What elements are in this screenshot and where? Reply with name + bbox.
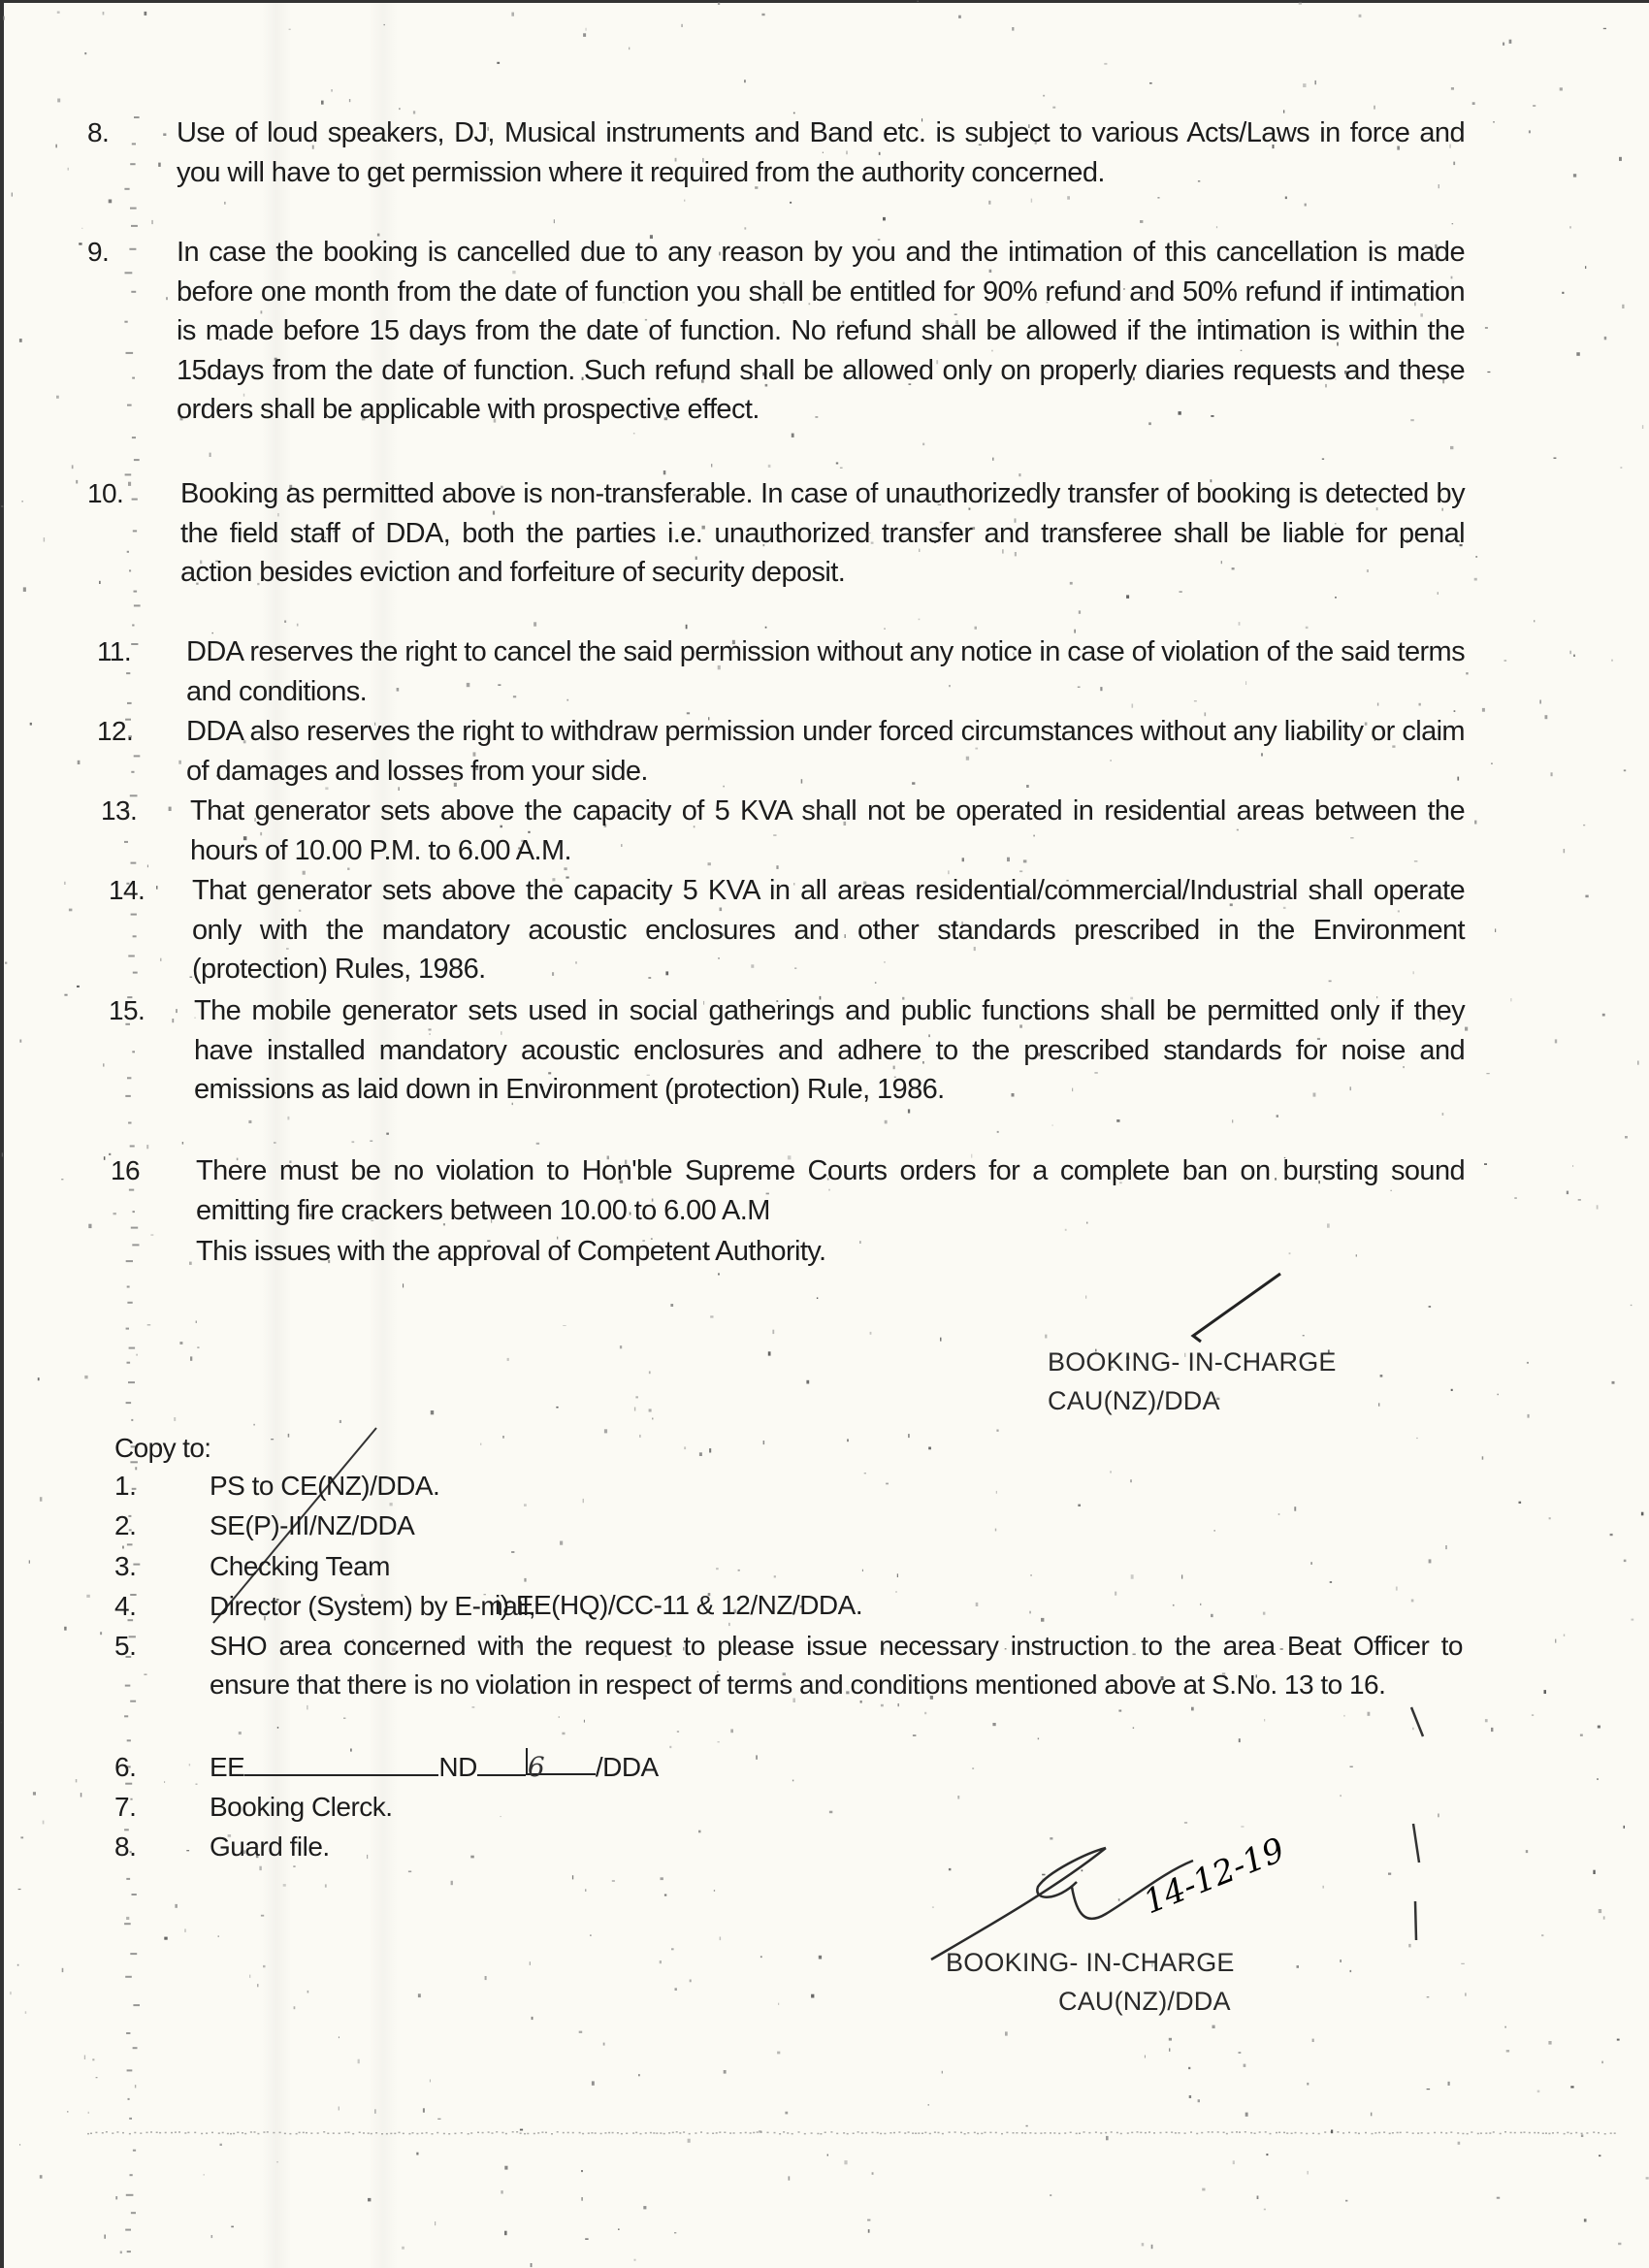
copy-item-text: PS to CE(NZ)/DDA. (210, 1467, 1472, 1506)
signature-date: 14-12-19 (1138, 1831, 1290, 1922)
copy-item-number: 6. (114, 1748, 153, 1787)
clause-text: That generator sets above the capacity o… (190, 792, 1465, 870)
copy-to-item-4: 4. Director (System) by E-mail, (114, 1587, 1472, 1626)
clause-text: There must be no violation to Hon'ble Su… (196, 1151, 1465, 1230)
signature-block-bottom: BOOKING- IN-CHARGE CAU(NZ)/DDA (946, 1943, 1235, 2021)
copy-item-text: Checking Team (210, 1547, 1472, 1586)
clause-text: Booking as permitted above is non-transf… (180, 474, 1465, 593)
clause-number: 15. (109, 991, 167, 1031)
clause-number: 11. (97, 632, 155, 672)
copy-to-item-6: 6. EEND6/DDA (114, 1748, 1472, 1787)
copy-item-text: Director (System) by E-mail, (210, 1587, 1472, 1626)
clause-8: 8. Use of loud speakers, DJ, Musical ins… (87, 113, 1465, 192)
staple-mark (1402, 1707, 1431, 1960)
nd-label: ND (438, 1752, 476, 1782)
clause-text: Use of loud speakers, DJ, Musical instru… (177, 113, 1465, 192)
clause-14: 14. That generator sets above the capaci… (87, 871, 1465, 989)
signatory-title: BOOKING- IN-CHARGE (946, 1943, 1235, 1982)
clause-text: That generator sets above the capacity 5… (192, 871, 1465, 989)
signatory-office: CAU(NZ)/DDA (1058, 1982, 1235, 2021)
clause-number: 14. (109, 871, 167, 911)
signatory-title: BOOKING- IN-CHARGE (1048, 1343, 1337, 1381)
clause-10: 10. Booking as permitted above is non-tr… (87, 474, 1465, 593)
clause-13: 13. That generator sets above the capaci… (87, 792, 1465, 870)
copy-item-number: 1. (114, 1467, 153, 1506)
clause-text: DDA also reserves the right to withdraw … (186, 712, 1465, 791)
approval-line: This issues with the approval of Compete… (196, 1232, 826, 1271)
clause-number: 9. (87, 233, 145, 273)
clause-15: 15. The mobile generator sets used in so… (87, 991, 1465, 1110)
handwritten-division-number: 6 (526, 1748, 596, 1775)
blank-line (244, 1749, 438, 1776)
copy-item-text: Booking Clerck. (210, 1788, 1472, 1827)
copy-item-number: 8. (114, 1828, 153, 1866)
blank-line (477, 1749, 526, 1776)
copy-item-number: 2. (114, 1507, 153, 1545)
clause-11: 11. DDA reserves the right to cancel the… (87, 632, 1465, 711)
scanned-page: 8. Use of loud speakers, DJ, Musical ins… (0, 0, 1649, 2268)
signature-tick-mark (1183, 1266, 1300, 1344)
copy-item-text: SHO area concerned with the request to p… (210, 1627, 1463, 1704)
copy-to-item-3: 3. Checking Team i) EE(HQ)/CC-11 & 12/NZ… (114, 1547, 1472, 1586)
signatory-office: CAU(NZ)/DDA (1048, 1381, 1337, 1420)
clause-number: 8. (87, 113, 145, 153)
copy-item-number: 7. (114, 1788, 153, 1827)
clause-9: 9. In case the booking is cancelled due … (87, 233, 1465, 430)
clause-text: DDA reserves the right to cancel the sai… (186, 632, 1465, 711)
clause-text: The mobile generator sets used in social… (194, 991, 1465, 1110)
signature-block-top: BOOKING- IN-CHARGE CAU(NZ)/DDA (1048, 1343, 1337, 1420)
ee-prefix: EE (210, 1752, 244, 1782)
copy-item-number: 4. (114, 1587, 153, 1626)
dda-suffix: /DDA (596, 1752, 659, 1782)
copy-item-number: 5. (114, 1627, 153, 1666)
copy-item-text: EEND6/DDA (210, 1748, 1472, 1787)
clause-number: 12. (97, 712, 155, 752)
copy-to-item-1: 1. PS to CE(NZ)/DDA. (114, 1467, 1472, 1506)
clause-text: In case the booking is cancelled due to … (177, 233, 1465, 430)
copy-item-number: 3. (114, 1547, 153, 1586)
clause-number: 13. (101, 792, 159, 831)
clause-16: 16 There must be no violation to Hon'ble… (87, 1151, 1465, 1230)
copy-to-item-7: 7. Booking Clerck. (114, 1788, 1472, 1827)
copy-to-item-2: 2. SE(P)-III/NZ/DDA (114, 1507, 1472, 1545)
clause-number: 10. (87, 474, 145, 514)
copy-to-item-5: 5. SHO area concerned with the request t… (114, 1627, 1463, 1704)
copy-item-text: SE(P)-III/NZ/DDA (210, 1507, 1472, 1545)
clause-12: 12. DDA also reserves the right to withd… (87, 712, 1465, 791)
clause-number: 16 (111, 1151, 169, 1191)
